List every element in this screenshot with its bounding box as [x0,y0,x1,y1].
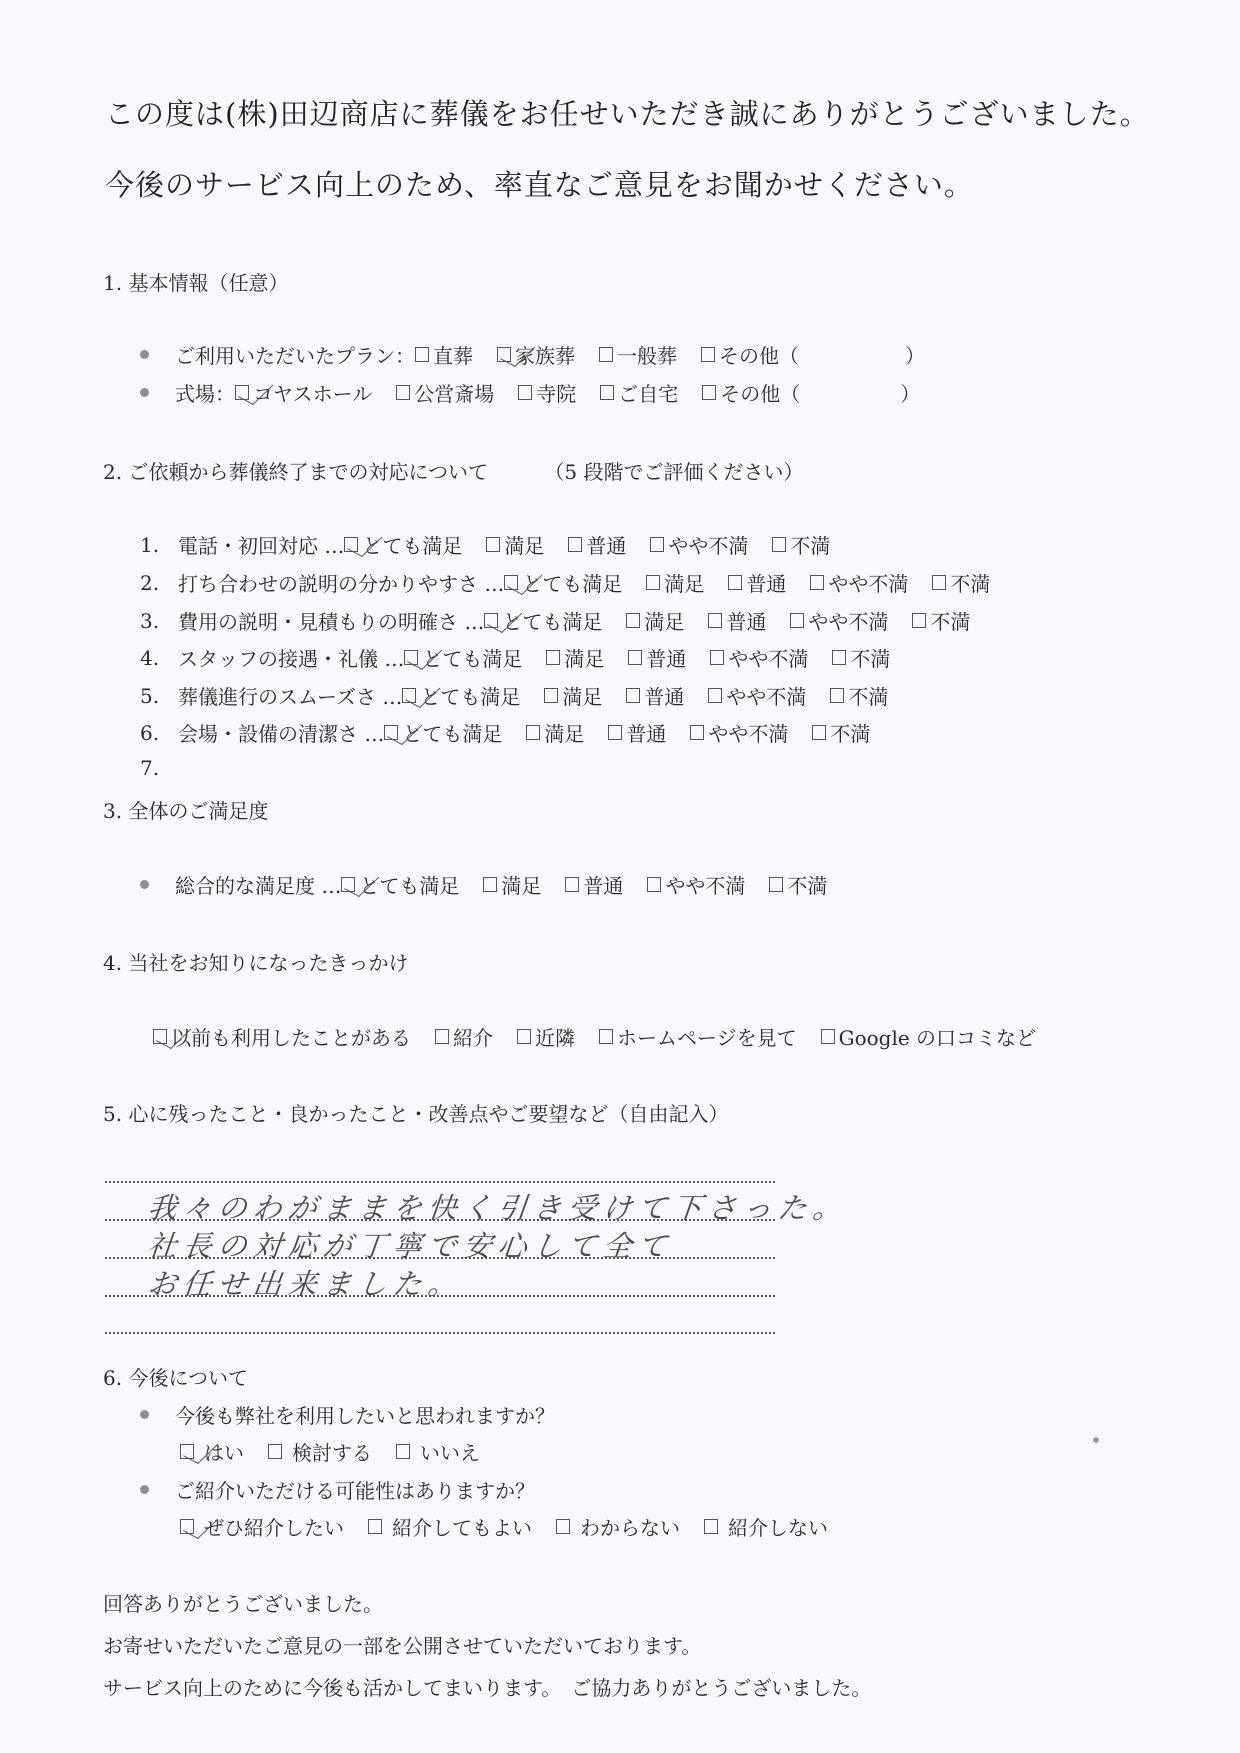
plan-option-general[interactable]: 一般葬 [599,340,677,369]
checkbox[interactable] [812,725,826,740]
q1-question: 今後も弊社を利用したいと思われますか？ [175,1400,555,1429]
rating-row: 5.葬儀進行のスムーズさ …とても満足満足普通やや不満不満 [140,681,912,710]
checkbox-checked[interactable] [180,1444,194,1459]
checkbox-checked[interactable] [180,1519,194,1534]
checkbox-checked[interactable] [497,347,511,362]
rating-option[interactable]: 普通 [728,568,786,597]
rating-number: 7. [140,756,178,780]
rating-option[interactable]: やや不満 [690,718,788,747]
plan-other-close-paren: ） [905,340,925,369]
overall-row: 総合的な満足度 … とても満足満足普通やや不満不満 [140,870,851,899]
rating-label: 電話・初回対応 … [178,530,344,559]
rating-number: 4. [140,646,178,670]
rating-option[interactable]: やや不満 [708,681,806,710]
intro-thanks: この度は(株)田辺商店に葬儀をお任せいただき誠にありがとうございました。 [105,92,1150,133]
rating-label: スタッフの接遇・礼儀 … [178,643,404,672]
rating-option[interactable]: 不満 [772,530,830,559]
checkbox[interactable] [912,613,926,628]
footer-publish-note: お寄せいただいたご意見の一部を公開させていただいております。 [103,1630,701,1659]
checkbox[interactable] [486,537,500,552]
dotted-line [105,1332,775,1334]
checkbox[interactable] [483,877,497,892]
checkbox-checked[interactable] [341,877,355,892]
venue-option-home[interactable]: ご自宅 [600,378,678,407]
checkbox[interactable] [710,650,724,665]
rating-number: 6. [140,721,178,745]
checkbox[interactable] [932,575,946,590]
checkbox[interactable] [708,613,722,628]
checkbox-checked[interactable] [384,725,398,740]
overall-option[interactable]: 不満 [769,870,827,899]
checkbox[interactable] [568,537,582,552]
checkbox[interactable] [396,1444,410,1459]
section4-title: 4. 当社をお知りになったきっかけ [103,947,408,976]
checkbox[interactable] [435,1029,449,1044]
venue-other-close-paren: ） [900,378,920,407]
bullet-icon [140,1410,149,1419]
checkbox-checked[interactable] [153,1029,167,1044]
checkbox[interactable] [769,877,783,892]
checkbox[interactable] [646,575,660,590]
rating-number: 2. [140,571,178,595]
checkbox[interactable] [830,688,844,703]
checkbox[interactable] [599,347,613,362]
checkbox[interactable] [600,385,614,400]
checkbox[interactable] [628,650,642,665]
checkbox[interactable] [517,1029,531,1044]
rating-row: 4.スタッフの接遇・礼儀 …とても満足満足普通やや不満不満 [140,643,914,672]
q1-option-yes[interactable]: はい [180,1437,244,1466]
q2-options: ぜひ紹介したい 紹介してもよい わからない 紹介しない [180,1512,852,1541]
section3-title: 3. 全体のご満足度 [103,795,268,824]
venue-option-other[interactable]: その他（ [702,378,800,407]
checkbox-checked[interactable] [404,650,418,665]
handwritten-line-1: 我々のわがままを快く引き受けて下さった。 [146,1186,850,1227]
checkbox[interactable] [810,575,824,590]
section2-note: （5 段階でご評価ください） [544,460,803,484]
rating-option[interactable]: 不満 [812,718,870,747]
rating-option[interactable]: 満足 [546,643,604,672]
checkbox[interactable] [544,688,558,703]
handwritten-line-3: お任せ出来ました。 [146,1262,465,1303]
checkbox-checked[interactable] [504,575,518,590]
checkbox[interactable] [626,613,640,628]
bullet-icon [140,388,149,397]
source-option-google-reviews[interactable]: Google の口コミなど [821,1022,1036,1051]
bullet-icon [140,350,149,359]
q2-question: ご紹介いただける可能性はありますか？ [175,1475,535,1504]
source-option-homepage[interactable]: ホームページを見て [599,1022,797,1051]
venue-option-koyasu-hall[interactable]: コヤスホール [235,378,372,407]
checkbox[interactable] [728,575,742,590]
checkbox-checked[interactable] [235,385,249,400]
rating-option[interactable]: 普通 [708,606,766,635]
rating-option[interactable]: 満足 [626,606,684,635]
source-option-referral[interactable]: 紹介 [435,1022,493,1051]
source-row: 以前も利用したことがある 紹介 近隣 ホームページを見て Google の口コミ… [153,1022,1060,1051]
checkbox[interactable] [556,1519,570,1534]
checkbox[interactable] [626,688,640,703]
rating-number: 1. [140,533,178,557]
checkbox[interactable] [821,1029,835,1044]
checkbox[interactable] [772,537,786,552]
rating-option[interactable]: 不満 [832,643,890,672]
rating-row: 3.費用の説明・見積もりの明確さ …とても満足満足普通やや不満不満 [140,606,994,635]
plan-row: ご利用いただいたプラン： 直葬 家族葬 一般葬 その他（ ） [140,340,925,369]
dotted-line [105,1181,775,1183]
checkbox[interactable] [268,1444,282,1459]
q1-options: はい 検討する いいえ [180,1437,504,1466]
rating-option[interactable]: 不満 [830,681,888,710]
footer-closing: サービス向上のために今後も活かしてまいります。 ご協力ありがとうございました。 [103,1672,871,1701]
checkbox[interactable] [690,725,704,740]
rating-number: 3. [140,609,178,633]
checkbox[interactable] [608,725,622,740]
overall-options: とても満足満足普通やや不満不満 [341,870,851,899]
checkbox[interactable] [565,877,579,892]
section6-title: 6. 今後について [103,1362,248,1391]
checkbox-checked[interactable] [402,688,416,703]
checkbox[interactable] [396,385,410,400]
section5-title: 5. 心に残ったこと・良かったこと・改善点やご要望など（自由記入） [103,1098,728,1127]
venue-option-public-hall[interactable]: 公営斎場 [396,378,494,407]
rating-option[interactable]: やや不満 [810,568,908,597]
section1-title: 1. 基本情報（任意） [103,267,288,296]
venue-row: 式場： コヤスホール 公営斎場 寺院 ご自宅 その他（ ） [140,378,920,407]
overall-option[interactable]: やや不満 [647,870,745,899]
q2-option-no[interactable]: 紹介しない [704,1512,828,1541]
checkbox[interactable] [599,1029,613,1044]
q1-row: 今後も弊社を利用したいと思われますか？ [140,1400,555,1429]
handwritten-line-2: 社長の対応が丁寧で安心して全て [146,1224,675,1265]
source-option-nearby[interactable]: 近隣 [517,1022,575,1051]
checkbox[interactable] [708,688,722,703]
checkbox[interactable] [832,650,846,665]
checkbox[interactable] [701,347,715,362]
overall-option[interactable]: 満足 [483,870,541,899]
rating-option[interactable]: 満足 [646,568,704,597]
plan-option-other[interactable]: その他（ [701,340,799,369]
rating-label: 会場・設備の清潔さ … [178,718,384,747]
checkbox-checked[interactable] [344,537,358,552]
checkbox[interactable] [526,725,540,740]
rating-option[interactable]: とても満足 [344,530,462,559]
overall-label: 総合的な満足度 … [175,870,341,899]
q1-option-no[interactable]: いいえ [396,1437,480,1466]
q2-option-unsure[interactable]: わからない [556,1512,680,1541]
rating-number: 5. [140,684,178,708]
checkbox[interactable] [368,1519,382,1534]
bullet-icon [140,880,149,889]
plan-option-family[interactable]: 家族葬 [497,340,575,369]
checkbox[interactable] [650,537,664,552]
rating-option[interactable]: 満足 [544,681,602,710]
rating-option[interactable]: とても満足 [404,643,522,672]
overall-option[interactable]: とても満足 [341,870,459,899]
rating-option[interactable]: 不満 [932,568,990,597]
checkbox[interactable] [790,613,804,628]
checkbox[interactable] [704,1519,718,1534]
rating-option[interactable]: とても満足 [384,718,502,747]
q2-option-definitely[interactable]: ぜひ紹介したい [180,1512,344,1541]
footer-thanks: 回答ありがとうございました。 [103,1588,383,1617]
rating-label: 葬儀進行のスムーズさ … [178,681,402,710]
rating-option[interactable]: 普通 [568,530,626,559]
venue-option-temple[interactable]: 寺院 [518,378,576,407]
rating-option[interactable]: 普通 [626,681,684,710]
section2-title: 2. ご依頼から葬儀終了までの対応について （5 段階でご評価ください） [103,456,804,485]
rating-option[interactable]: 不満 [912,606,970,635]
rating-option[interactable]: やや不満 [710,643,808,672]
rating-row: 7. [140,756,178,780]
checkbox[interactable] [546,650,560,665]
rating-option[interactable]: 満足 [486,530,544,559]
rating-label: 費用の説明・見積もりの明確さ … [178,606,484,635]
rating-option[interactable]: やや不満 [650,530,748,559]
plan-label: ご利用いただいたプラン： [175,340,415,369]
venue-label: 式場： [175,378,235,407]
rating-option[interactable]: 普通 [628,643,686,672]
bullet-icon [140,1485,149,1494]
q2-row: ご紹介いただける可能性はありますか？ [140,1475,535,1504]
rating-option[interactable]: とても満足 [402,681,520,710]
scan-speck [1093,1437,1099,1443]
checkbox[interactable] [702,385,716,400]
checkbox[interactable] [518,385,532,400]
plan-option-direct[interactable]: 直葬 [415,340,473,369]
rating-option[interactable]: やや不満 [790,606,888,635]
q2-option-maybe[interactable]: 紹介してもよい [368,1512,532,1541]
checkbox[interactable] [647,877,661,892]
checkbox-checked[interactable] [484,613,498,628]
rating-option[interactable]: とても満足 [504,568,622,597]
source-option-previous[interactable]: 以前も利用したことがある [153,1022,411,1051]
rating-row: 2.打ち合わせの説明の分かりやすさ …とても満足満足普通やや不満不満 [140,568,1014,597]
overall-option[interactable]: 普通 [565,870,623,899]
intro-request: 今後のサービス向上のため、率直なご意見をお聞かせください。 [105,163,974,204]
q1-option-consider[interactable]: 検討する [268,1437,372,1466]
rating-row: 6.会場・設備の清潔さ …とても満足満足普通やや不満不満 [140,718,894,747]
rating-option[interactable]: とても満足 [484,606,602,635]
rating-option[interactable]: 満足 [526,718,584,747]
rating-row: 1.電話・初回対応 …とても満足満足普通やや不満不満 [140,530,854,559]
rating-label: 打ち合わせの説明の分かりやすさ … [178,568,504,597]
rating-option[interactable]: 普通 [608,718,666,747]
checkbox[interactable] [415,347,429,362]
